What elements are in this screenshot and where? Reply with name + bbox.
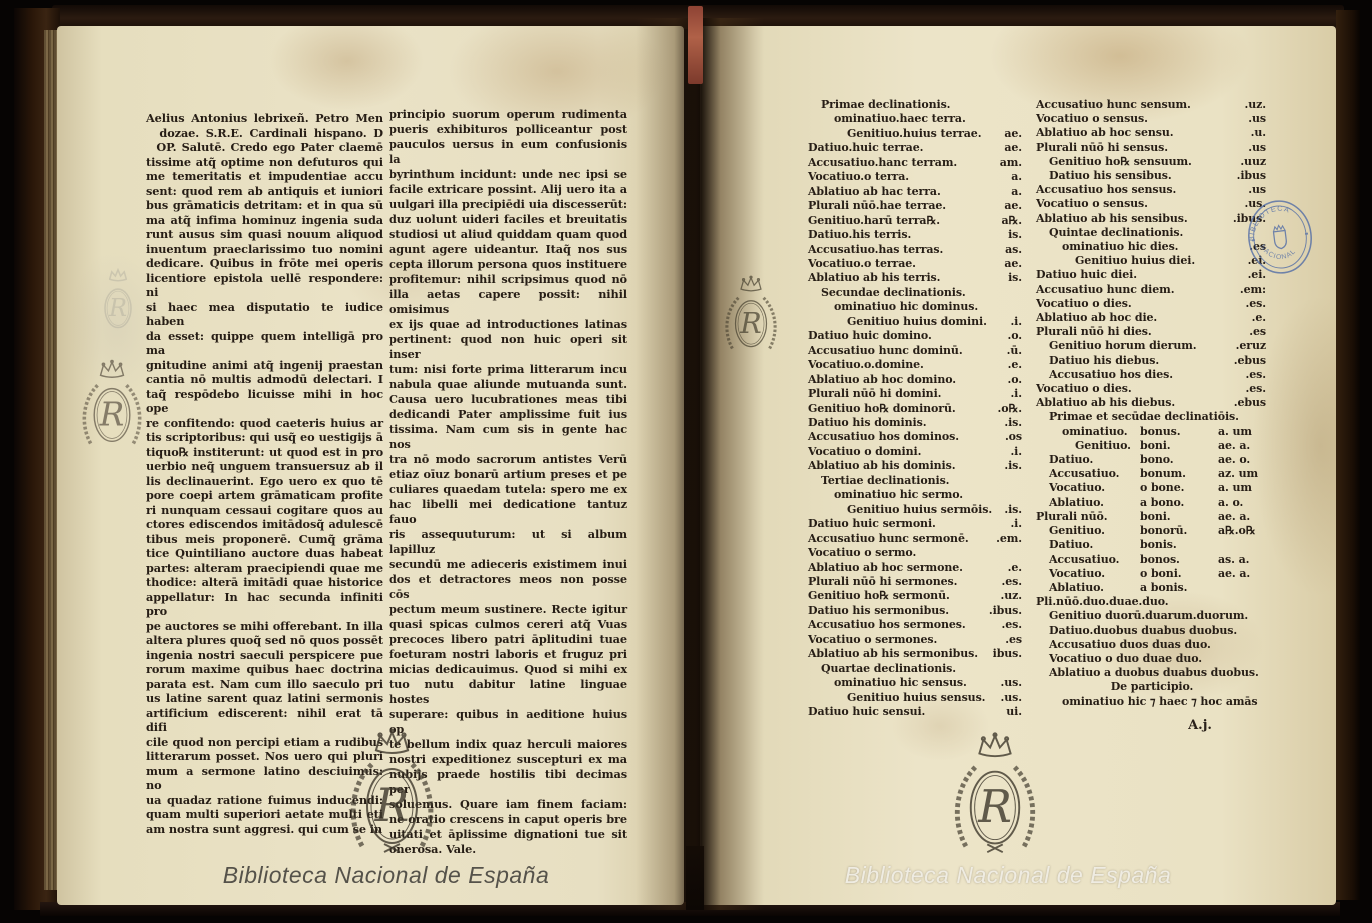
text-line: principio suorum operum rudimenta bbox=[389, 107, 627, 122]
text-line: pe auctores se mihi offerebant. In illa bbox=[146, 619, 383, 634]
table-row: Vocatiuo o sensus..us bbox=[1036, 112, 1268, 126]
library-wreath-stamp-icon: R bbox=[336, 726, 448, 858]
row-ending: .us. bbox=[1001, 676, 1022, 690]
text-line: inuentum praeclarissimo tuo nomini bbox=[146, 242, 383, 257]
bne-caption-right: Biblioteca Nacional de España bbox=[818, 862, 1198, 889]
table-row: Genitiuo huius diei..ei. bbox=[1036, 254, 1268, 268]
row-ending: .es bbox=[1005, 633, 1022, 647]
table-row: Vocatiuo.o bone.a. um bbox=[1036, 481, 1268, 495]
text-line: appellatur: In hac secunda infiniti pro bbox=[146, 590, 383, 619]
text-line: secundū me adieceris existimem inui bbox=[389, 557, 627, 572]
text-line: tiquo℞ institerunt: ut quod est in pro bbox=[146, 445, 383, 460]
row-ending: ae. bbox=[1004, 257, 1022, 271]
text-line: Aelius Antonius lebrixeñ. Petro Men bbox=[146, 111, 383, 126]
text-line: culiares quaedam tutela: spero me ex bbox=[389, 482, 627, 497]
stamp-monogram: R bbox=[99, 396, 125, 434]
row-label: Vocatiuo o duo duae duo. bbox=[1036, 652, 1202, 665]
table-row: Accusatiuo hos sermones..es. bbox=[808, 618, 1024, 632]
table-row: Accusatiuo.hanc terram.am. bbox=[808, 156, 1024, 170]
text-line: partes: alteram praecipiendi quae me bbox=[146, 561, 383, 576]
text-line: precoces libero patri āplitudini tuae bbox=[389, 632, 627, 647]
row-label: Datiuo his diebus. bbox=[1036, 354, 1159, 367]
right-page-column-2: Accusatiuo hunc sensum..uz.Vocatiuo o se… bbox=[1036, 98, 1268, 709]
row-ending: a. o. bbox=[1218, 496, 1243, 510]
row-ending: a℞. bbox=[1001, 214, 1022, 228]
row-ending: .ibus. bbox=[989, 604, 1022, 618]
table-row: Accusatiuo hos sensus..us bbox=[1036, 183, 1268, 197]
text-line: tissima. Nam cum sis in gente hac nos bbox=[389, 422, 627, 452]
row-ending: .o. bbox=[1007, 329, 1022, 343]
row-ending: .ebus bbox=[1234, 396, 1266, 410]
row-label: Accusatiuo.has terras. bbox=[808, 243, 943, 256]
row-label: De participio. bbox=[1111, 680, 1194, 693]
row-ending: .is. bbox=[1004, 503, 1022, 517]
row-label: Genitiuo ho℞ sermonū. bbox=[808, 589, 950, 602]
text-line: sent: quod rem ab antiquis et iuniori bbox=[146, 184, 383, 199]
row-label: Genitiuo ho℞ sensuum. bbox=[1036, 155, 1192, 168]
table-row: Datiuo his sensibus..ibus bbox=[1036, 169, 1268, 183]
table-row: Genitiuo.bonorū.a℞.o℞ bbox=[1036, 524, 1268, 538]
text-line: ex ijs quae ad introductiones latinas bbox=[389, 317, 627, 332]
table-row: Ablatiuo ab hoc die..e. bbox=[1036, 311, 1268, 325]
row-ending: .o℞. bbox=[998, 402, 1022, 416]
row-label: Vocatiuo o domini. bbox=[808, 445, 921, 458]
row-label: Plurali nūō hi sermones. bbox=[808, 575, 957, 588]
table-row: Ablatiuo ab his terris.is. bbox=[808, 271, 1024, 285]
row-label: Tertiae declinationis. bbox=[808, 474, 949, 487]
table-row: Vocatiuo.o terrae.ae. bbox=[808, 257, 1024, 271]
row-ending: .i. bbox=[1010, 517, 1022, 531]
row-label: ominatiuo.haec terra. bbox=[808, 112, 966, 125]
row-ending: am. bbox=[1000, 156, 1022, 170]
row-label: Accusatiuo hos dominos. bbox=[808, 430, 959, 443]
text-line: nabula quae aliunde mutuanda sunt. bbox=[389, 377, 627, 392]
table-row: Tertiae declinationis. bbox=[808, 474, 1024, 488]
table-row: Accusatiuo duos duas duo. bbox=[1036, 638, 1268, 652]
text-line: us latine sarent quaz latini sermonis bbox=[146, 691, 383, 706]
text-line: dedicare. Quibus in frōte mei operis bbox=[146, 256, 383, 271]
row-ending: ui. bbox=[1006, 705, 1022, 719]
table-row: Datiuo huic sensui.ui. bbox=[808, 705, 1024, 719]
table-row: Genitiuo horum dierum..eruz bbox=[1036, 339, 1268, 353]
blue-stamp-text-bottom: NACIONAL bbox=[1258, 240, 1298, 264]
text-line: tuo nutu dabitur latine linguae hostes bbox=[389, 677, 627, 707]
row-label: Genitiuo huius diei. bbox=[1036, 254, 1195, 267]
text-line: licentiore epistola uellē respondere: ni bbox=[146, 271, 383, 300]
text-line: parata est. Nam cum illo saeculo pri bbox=[146, 677, 383, 692]
row-label: Datiuo.his terris. bbox=[808, 228, 911, 241]
row-ending: as. bbox=[1005, 243, 1022, 257]
row-label: Secundae declinationis. bbox=[808, 286, 966, 299]
table-row: Genitiuo huius domini..i. bbox=[808, 315, 1024, 329]
row-ending: is. bbox=[1008, 228, 1022, 242]
text-line: pauculos uersus in eum confusionis la bbox=[389, 137, 627, 167]
row-label: Datiuo his sensibus. bbox=[1036, 169, 1172, 182]
text-line: tice Quintiliano auctore duas habeat bbox=[146, 546, 383, 561]
row-label: Vocatiuo.o terra. bbox=[808, 170, 909, 183]
table-row: Datiuo.his terris.is. bbox=[808, 228, 1024, 242]
row-label: ominatiuo hic dies. bbox=[1036, 240, 1178, 253]
row-label: Plurali nūō hi dies. bbox=[1036, 325, 1152, 338]
row-ending: az. um bbox=[1218, 467, 1258, 481]
row-label: Ablatiuo ab hoc sensu. bbox=[1036, 126, 1173, 139]
row-label: Genitiuo.huius terrae. bbox=[808, 127, 981, 140]
row-label: Genitiuo huius domini. bbox=[808, 315, 987, 328]
table-row: Ablatiuo ab hoc domino..o. bbox=[808, 373, 1024, 387]
table-row: Ablatiuo ab his dominis..is. bbox=[808, 459, 1024, 473]
table-row: Datiuo.bonis. bbox=[1036, 538, 1268, 552]
table-row: Plurali nūō hi sermones..es. bbox=[808, 575, 1024, 589]
table-row: Accusatiuo.bonum.az. um bbox=[1036, 467, 1268, 481]
row-form: bonus. bbox=[1140, 425, 1180, 439]
text-line: tum: nisi forte prima litterarum incu bbox=[389, 362, 627, 377]
row-label: Genitiuo ho℞ dominorū. bbox=[808, 402, 956, 415]
stamp-monogram: R bbox=[977, 781, 1012, 833]
row-label: Vocatiuo. bbox=[1036, 481, 1105, 494]
row-label: Datiuo. bbox=[1036, 538, 1093, 551]
text-line: pectum meum sustinere. Recte igitur bbox=[389, 602, 627, 617]
table-row: Vocatiuo o sermo. bbox=[808, 546, 1024, 560]
row-ending: .es. bbox=[1246, 297, 1266, 311]
table-row: Secundae declinationis. bbox=[808, 286, 1024, 300]
table-row: Genitiuo duorū.duarum.duorum. bbox=[1036, 609, 1268, 623]
row-label: Ablatiuo a duobus duabus duobus. bbox=[1036, 666, 1259, 679]
text-line: ris assequuturum: ut si album lapilluz bbox=[389, 527, 627, 557]
table-row: Datiuo.duobus duabus duobus. bbox=[1036, 624, 1268, 638]
row-ending: ae. a. bbox=[1218, 510, 1250, 524]
row-label: Vocatiuo o dies. bbox=[1036, 297, 1132, 310]
table-row: Datiuo huic sermoni..i. bbox=[808, 517, 1024, 531]
row-label: Plurali nūō hi domini. bbox=[808, 387, 941, 400]
row-label: Accusatiuo hunc dominū. bbox=[808, 344, 963, 357]
text-line: tra nō modo sacrorum antistes Verū bbox=[389, 452, 627, 467]
table-row: Ablatiuo ab hoc sermone..e. bbox=[808, 561, 1024, 575]
row-ending: .es. bbox=[1246, 368, 1266, 382]
row-ending: .uuz bbox=[1240, 155, 1266, 169]
row-label: Ablatiuo ab hoc die. bbox=[1036, 311, 1157, 324]
table-row: Plurali nūō.boni.ae. a. bbox=[1036, 510, 1268, 524]
royal-library-stamp-right-bottom: R bbox=[946, 730, 1044, 858]
row-ending: .is. bbox=[1004, 416, 1022, 430]
row-label: Accusatiuo hos sensus. bbox=[1036, 183, 1176, 196]
bne-blue-stamp: BIBLIOTECA NACIONAL bbox=[1242, 194, 1319, 280]
row-ending: .eruz bbox=[1236, 339, 1266, 353]
table-row: Ablatiuo.a bonis. bbox=[1036, 581, 1268, 595]
quire-signature: A.j. bbox=[1150, 718, 1250, 733]
table-row: Vocatiuo o dies..es. bbox=[1036, 382, 1268, 396]
row-label: Genitiuo huius sensus. bbox=[808, 691, 985, 704]
row-form: bonis. bbox=[1140, 538, 1177, 552]
text-line: thodice: alterā imitādi quae historice bbox=[146, 575, 383, 590]
row-label: Accusatiuo duos duas duo. bbox=[1036, 638, 1211, 651]
table-row: Accusatiuo hos dominos..os bbox=[808, 430, 1024, 444]
text-line: rorum maxime quibus haec doctrina bbox=[146, 662, 383, 677]
table-row: ominatiuo hic sermo. bbox=[808, 488, 1024, 502]
row-ending: .es bbox=[1249, 325, 1266, 339]
row-label: Accusatiuo hunc sermonē. bbox=[808, 532, 969, 545]
text-line: byrinthum incidunt: unde nec ipsi se bbox=[389, 167, 627, 182]
row-ending: is. bbox=[1008, 271, 1022, 285]
row-ending: .e. bbox=[1008, 358, 1022, 372]
text-line: ctores ediscendos imitādosq̃ adulescē bbox=[146, 517, 383, 532]
text-line: ingenia nostri saeculi perspicere pue bbox=[146, 648, 383, 663]
row-label: Vocatiuo.o terrae. bbox=[808, 257, 916, 270]
library-wreath-stamp-icon: R bbox=[720, 272, 782, 358]
text-line: me temeritatis et impudentiae accu bbox=[146, 169, 383, 184]
table-row: Datiuo huic diei..ei. bbox=[1036, 268, 1268, 282]
table-row: Ablatiuo a duobus duabus duobus. bbox=[1036, 666, 1268, 680]
row-ending: .ibus bbox=[1237, 169, 1266, 183]
text-line: runt ausus sim quasi nouum aliquod bbox=[146, 227, 383, 242]
row-ending: .i. bbox=[1010, 387, 1022, 401]
table-row: Pli.nūō.duo.duae.duo. bbox=[1036, 595, 1268, 609]
text-line: dedicandi Pater amplissime fuit ius bbox=[389, 407, 627, 422]
table-row: Ablatiuo ab hoc sensu..u. bbox=[1036, 126, 1268, 140]
row-label: Accusatiuo hos dies. bbox=[1036, 368, 1173, 381]
table-row: Vocatiuo o sensus..us. bbox=[1036, 197, 1268, 211]
royal-library-stamp-left-margin: R bbox=[76, 358, 148, 452]
row-label: Genitiuo.harū terra℞. bbox=[808, 214, 940, 227]
table-row: Datiuo.bono.ae. o. bbox=[1036, 453, 1268, 467]
table-row: Genitiuo.boni.ae. a. bbox=[1036, 439, 1268, 453]
row-ending: .i. bbox=[1010, 445, 1022, 459]
row-ending: .i. bbox=[1010, 315, 1022, 329]
table-row: Vocatiuo o sermones..es bbox=[808, 633, 1024, 647]
library-wreath-stamp-icon: R bbox=[76, 358, 148, 452]
table-row: Ablatiuo ab his diebus..ebus bbox=[1036, 396, 1268, 410]
table-row: Vocatiuo o duo duae duo. bbox=[1036, 652, 1268, 666]
row-label: Datiuo huic sermoni. bbox=[808, 517, 936, 530]
row-ending: a. bbox=[1011, 170, 1022, 184]
row-label: Datiuo.duobus duabus duobus. bbox=[1036, 624, 1237, 637]
table-row: Datiuo his sermonibus..ibus. bbox=[808, 604, 1024, 618]
text-line: da esset: quippe quem intelligā pro ma bbox=[146, 329, 383, 358]
row-form: boni. bbox=[1140, 510, 1171, 524]
faded-stamp: R bbox=[92, 260, 144, 342]
table-row: Accusatiuo.has terras.as. bbox=[808, 243, 1024, 257]
row-form: a bonis. bbox=[1140, 581, 1187, 595]
table-row: Genitiuo.huius terrae.ae. bbox=[808, 127, 1024, 141]
row-label: Datiuo huic domino. bbox=[808, 329, 932, 342]
row-ending: .es. bbox=[1002, 618, 1022, 632]
row-ending: .us bbox=[1248, 183, 1266, 197]
text-line: pueris exhibituros polliceantur post bbox=[389, 122, 627, 137]
row-ending: .u. bbox=[1251, 126, 1266, 140]
table-row: Vocatiuo o dies..es. bbox=[1036, 297, 1268, 311]
row-label: Vocatiuo o sermones. bbox=[808, 633, 937, 646]
table-row: De participio. bbox=[1036, 680, 1268, 694]
row-ending: .uz. bbox=[1244, 98, 1266, 112]
table-row: Datiuo huic domino..o. bbox=[808, 329, 1024, 343]
table-row: Accusatiuo hos dies..es. bbox=[1036, 368, 1268, 382]
row-ending: .e. bbox=[1008, 561, 1022, 575]
text-line: Causa uero lucubrationes meas tibi bbox=[389, 392, 627, 407]
row-ending: .is. bbox=[1004, 459, 1022, 473]
text-line: illa aetas capere possit: nihil omisimus bbox=[389, 287, 627, 317]
row-ending: .em. bbox=[996, 532, 1022, 546]
text-line: quasi spicas culmos cereri atq̃ Vuas bbox=[389, 617, 627, 632]
row-label: Datiuo huic diei. bbox=[1036, 268, 1137, 281]
stamp-monogram: R bbox=[374, 778, 410, 832]
row-label: Vocatiuo o sensus. bbox=[1036, 197, 1148, 210]
table-row: Vocatiuo.o terra.a. bbox=[808, 170, 1024, 184]
row-ending: as. a. bbox=[1218, 553, 1249, 567]
text-line: etiaz oīuz bonarū artium preses et pe bbox=[389, 467, 627, 482]
row-label: Datiuo his sermonibus. bbox=[808, 604, 949, 617]
row-label: Genitiuo. bbox=[1036, 439, 1131, 452]
row-label: Ablatiuo ab hoc sermone. bbox=[808, 561, 963, 574]
royal-library-stamp-right-margin: R bbox=[720, 272, 782, 358]
table-row: Primae declinationis. bbox=[808, 98, 1024, 112]
stamp-monogram: R bbox=[739, 307, 761, 340]
table-row: Genitiuo ho℞ sensuum..uuz bbox=[1036, 155, 1268, 169]
row-ending: .e. bbox=[1252, 311, 1266, 325]
text-line: bus grāmaticis detritam: et in qua sū bbox=[146, 198, 383, 213]
text-line: uerbio neq̃ unguem transuersuz ab il bbox=[146, 459, 383, 474]
row-ending: .us bbox=[1248, 141, 1266, 155]
row-label: Datiuo. bbox=[1036, 453, 1093, 466]
table-row: Vocatiuo.o boni.ae. a. bbox=[1036, 567, 1268, 581]
table-row: Plurali nūō hi sensus..us bbox=[1036, 141, 1268, 155]
table-row: Datiuo.huic terrae.ae. bbox=[808, 141, 1024, 155]
table-row: Ablatiuo ab his sermonibus.ibus. bbox=[808, 647, 1024, 661]
table-row: Datiuo his diebus..ebus bbox=[1036, 354, 1268, 368]
gutter-shadow bbox=[636, 18, 764, 910]
table-row: Ablatiuo ab hac terra.a. bbox=[808, 185, 1024, 199]
text-line: altera plures quoq̃ sed nō quos possēt bbox=[146, 633, 383, 648]
row-label: Datiuo huic sensui. bbox=[808, 705, 925, 718]
row-label: Vocatiuo o sensus. bbox=[1036, 112, 1148, 125]
table-row: Plurali nūō.hae terrae.ae. bbox=[808, 199, 1024, 213]
text-line: cantia nō multis admodū delectari. I bbox=[146, 372, 383, 387]
row-ending: .us. bbox=[1001, 691, 1022, 705]
row-label: ominatiuo hic sermo. bbox=[808, 488, 963, 501]
text-line: facile extricare possint. Alij uero ita … bbox=[389, 182, 627, 197]
bne-blue-stamp-icon: BIBLIOTECA NACIONAL bbox=[1242, 194, 1319, 280]
text-line: cepta illorum persona quos instituere bbox=[389, 257, 627, 272]
text-line: lis declinauerint. Ego uero ex quo tē bbox=[146, 474, 383, 489]
row-ending: .em: bbox=[1240, 283, 1266, 297]
row-ending: .es. bbox=[1246, 382, 1266, 396]
library-wreath-stamp-icon: R bbox=[946, 730, 1044, 858]
table-row: ominatiuo.bonus.a. um bbox=[1036, 425, 1268, 439]
row-label: Ablatiuo ab his dominis. bbox=[808, 459, 955, 472]
row-ending: .es. bbox=[1002, 575, 1022, 589]
row-ending: ae. bbox=[1004, 127, 1022, 141]
right-page-column-1: Primae declinationis.ominatiuo.haec terr… bbox=[808, 98, 1024, 719]
row-form: bonos. bbox=[1140, 553, 1180, 567]
row-label: Datiuo.huic terrae. bbox=[808, 141, 923, 154]
table-row: Genitiuo ho℞ dominorū..o℞. bbox=[808, 402, 1024, 416]
table-row: Accusatiuo hunc sensum..uz. bbox=[1036, 98, 1268, 112]
table-row: Accusatiuo hunc sermonē..em. bbox=[808, 532, 1024, 546]
row-label: Accusatiuo.hanc terram. bbox=[808, 156, 957, 169]
text-line: tis scriptoribus: qui usq̃ eo uestigijs … bbox=[146, 430, 383, 445]
table-row: Quartae declinationis. bbox=[808, 662, 1024, 676]
row-label: ominatiuo hic dominus. bbox=[808, 300, 978, 313]
table-row: Plurali nūō hi domini..i. bbox=[808, 387, 1024, 401]
text-line: ma atq̃ infima hominuz ingenia suda bbox=[146, 213, 383, 228]
text-line: ri nunquam cessaui cogitare quos au bbox=[146, 503, 383, 518]
row-label: Accusatiuo hunc diem. bbox=[1036, 283, 1174, 296]
row-ending: ae. a. bbox=[1218, 439, 1250, 453]
text-line: dos et detractores meos non posse cōs bbox=[389, 572, 627, 602]
row-label: Ablatiuo. bbox=[1036, 581, 1104, 594]
row-ending: .ū. bbox=[1007, 344, 1022, 358]
text-line: tibus meis proponerē. Cumq̃ grāma bbox=[146, 532, 383, 547]
row-label: Plurali nūō. bbox=[1036, 510, 1108, 523]
text-line: pore coepi artem grāmaticam profite bbox=[146, 488, 383, 503]
book-scan: Aelius Antonius lebrixeñ. Petro Men doza… bbox=[0, 0, 1372, 923]
text-line: studiosi ut aliud quiddam quam quod bbox=[389, 227, 627, 242]
table-row: Accusatiuo hunc diem..em: bbox=[1036, 283, 1268, 297]
row-label: Genitiuo duorū.duarum.duorum. bbox=[1036, 609, 1248, 622]
table-row: Vocatiuo o domini..i. bbox=[808, 445, 1024, 459]
row-label: Ablatiuo ab hac terra. bbox=[808, 185, 941, 198]
row-label: Primae declinationis. bbox=[808, 98, 950, 111]
row-label: Vocatiuo. bbox=[1036, 567, 1105, 580]
table-row: Plurali nūō hi dies..es bbox=[1036, 325, 1268, 339]
text-line: re confitendo: quod caeteris huius ar bbox=[146, 416, 383, 431]
row-ending: ae. bbox=[1004, 199, 1022, 213]
spine-tail-shadow bbox=[686, 846, 704, 910]
row-form: a bono. bbox=[1140, 496, 1184, 510]
row-label: Genitiuo. bbox=[1036, 524, 1105, 537]
row-label: Accusatiuo. bbox=[1036, 467, 1119, 480]
table-row: ominatiuo hic dies..es bbox=[1036, 240, 1268, 254]
row-ending: a. bbox=[1011, 185, 1022, 199]
row-form: boni. bbox=[1140, 439, 1171, 453]
table-row: ominatiuo.haec terra. bbox=[808, 112, 1024, 126]
row-label: ominatiuo. bbox=[1036, 425, 1128, 438]
row-label: Vocatiuo o dies. bbox=[1036, 382, 1132, 395]
text-line: profitemur: nihil scripsimus quod nō bbox=[389, 272, 627, 287]
table-row: Primae et secūdae declinatiōis. bbox=[1036, 410, 1268, 424]
row-label: Datiuo his dominis. bbox=[808, 416, 926, 429]
bne-caption-left: Biblioteca Nacional de España bbox=[196, 862, 576, 889]
table-row: ominatiuo hic sensus..us. bbox=[808, 676, 1024, 690]
table-row: Ablatiuo ab his sensibus..ibus. bbox=[1036, 212, 1268, 226]
text-line: OP. Salutē. Credo ego Pater claemē bbox=[146, 140, 383, 155]
row-label: ominatiuo hic ⁊ haec ⁊ hoc amās bbox=[1036, 695, 1258, 708]
row-ending: .us bbox=[1248, 112, 1266, 126]
row-label: Genitiuo horum dierum. bbox=[1036, 339, 1197, 352]
row-form: o bone. bbox=[1140, 481, 1184, 495]
row-label: Quintae declinationis. bbox=[1036, 226, 1183, 239]
table-row: Genitiuo huius sermōis..is. bbox=[808, 503, 1024, 517]
table-row: Ablatiuo.a bono.a. o. bbox=[1036, 496, 1268, 510]
row-ending: a. um bbox=[1218, 481, 1252, 495]
row-ending: a. um bbox=[1218, 425, 1252, 439]
row-form: bonorū. bbox=[1140, 524, 1187, 538]
table-row: ominatiuo hic ⁊ haec ⁊ hoc amās bbox=[1036, 695, 1268, 709]
row-ending: .ebus bbox=[1234, 354, 1266, 368]
row-label: Vocatiuo o sermo. bbox=[808, 546, 916, 559]
row-label: Accusatiuo hos sermones. bbox=[808, 618, 966, 631]
row-label: Accusatiuo hunc sensum. bbox=[1036, 98, 1191, 111]
svg-text:NACIONAL: NACIONAL bbox=[1258, 240, 1298, 264]
row-form: o boni. bbox=[1140, 567, 1182, 581]
text-line: duz uolunt uideri faciles et breuitatis bbox=[389, 212, 627, 227]
row-label: ominatiuo hic sensus. bbox=[808, 676, 967, 689]
row-ending: ibus. bbox=[993, 647, 1022, 661]
table-row: Quintae declinationis. bbox=[1036, 226, 1268, 240]
row-label: Plurali nūō.hae terrae. bbox=[808, 199, 946, 212]
table-row: Genitiuo ho℞ sermonū..uz. bbox=[808, 589, 1024, 603]
royal-library-stamp-left-bottom: R bbox=[336, 726, 448, 858]
text-line: hac libelli mei dedicatione tantuz fauo bbox=[389, 497, 627, 527]
text-line: pertinent: quod non huic operi sit inser bbox=[389, 332, 627, 362]
